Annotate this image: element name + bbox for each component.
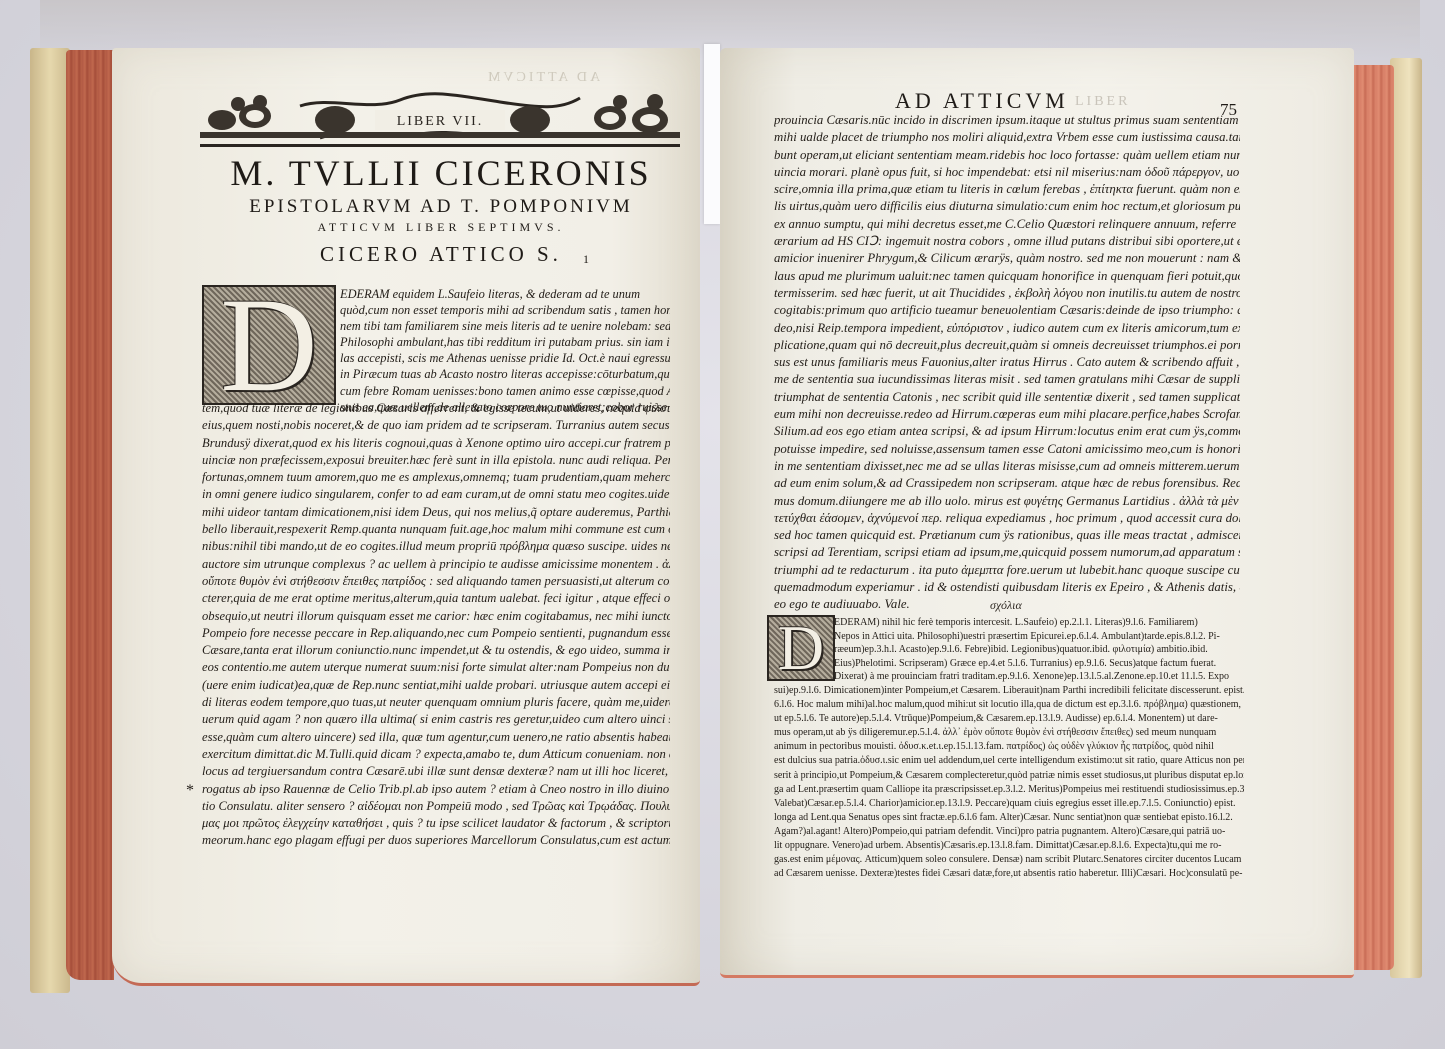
text-line: ga ad Lent.præsertim quam Calliope ita p… (774, 783, 1244, 797)
text-line: Nepos in Attici uita. Philosophi)uestri … (834, 630, 1242, 644)
book-title: M. TVLLII CICERONIS (210, 152, 672, 194)
vellum-cover-left (30, 48, 70, 993)
red-page-edges-left (66, 50, 114, 980)
text-line: in Piræcum tuas ab Acasto nostro literas… (340, 366, 670, 382)
text-line: ad Cæsarem uenisse. Dexteræ)testes fidei… (774, 867, 1244, 881)
text-line: scire,omnia illa prima,quæ etiam tu lite… (774, 181, 1240, 198)
text-line: eius,quem nosti,nobis noceret,& de quo i… (202, 417, 670, 434)
text-line: in me sententiam dixisset,nec me ad se u… (774, 458, 1240, 475)
text-line: ex annuo sumptu, qui mihi decretus esset… (774, 216, 1240, 233)
text-line: mihi ualde placet de triumpho nos moliri… (774, 129, 1240, 146)
book-subtitle-2: ATTICVM LIBER SEPTIMVS. (210, 220, 672, 235)
text-line: uinciæ non præfecissem,exposui breuiter.… (202, 452, 670, 469)
book-subtitle: EPISTOLARVM AD T. POMPONIVM (210, 196, 672, 218)
vellum-cover-right (1390, 58, 1422, 978)
text-line: τετύχθαι ἐάσομεν, ἀχνύμενοί περ. reliqua… (774, 510, 1240, 527)
text-line: mus domum.diiungere me ab illo uolo. mir… (774, 493, 1240, 510)
historiated-initial-d: D (202, 285, 336, 405)
scholia-text-body: sui)ep.9.l.6. Dimicationem)inter Pompeiu… (774, 684, 1244, 881)
text-line: ad eum enim solum,& ad Crassipedem non s… (774, 475, 1240, 492)
margin-asterisk: * (186, 782, 194, 800)
text-line: animum in pectoribus mouisti. ὀδυσ.κ.et.… (774, 740, 1244, 754)
scholia-text-opening: EDERAM) nihil hic ferè temporis interces… (834, 616, 1242, 684)
running-head: AD ATTICVM (895, 88, 1069, 114)
text-line: ærarium ad HS CIↃ: ingemuit nostra cobor… (774, 233, 1240, 250)
text-line: eum mihi non decreuisse.redeo ad Hirrum.… (774, 406, 1240, 423)
text-line: deo,nisi Reip.tempora impedient, εὐπόρισ… (774, 320, 1240, 337)
text-line: obsequio,ut neutri illorum quisquam esse… (202, 608, 670, 625)
text-line: est dulcius sua patria.ὀδυσ.ι.sic enim u… (774, 754, 1244, 768)
scholia-heading: σχόλια (990, 598, 1022, 613)
text-line: 6.l.6. Hoc malum mihi)al.hoc malum,quod … (774, 698, 1244, 712)
text-line: laus apud me plurimum ualuit:nec tamen q… (774, 268, 1240, 285)
text-line: cterer,quia de me erat optime meritus,al… (202, 590, 670, 607)
text-line: quemadmodum experiamur . id & ostendisti… (774, 579, 1240, 596)
letter-salutation: CICERO ATTICO S. (320, 242, 562, 267)
text-line: meorum.hanc ego plagam effugi per duos s… (202, 832, 670, 849)
text-line: sus est unus familiaris meus Fauonius,al… (774, 354, 1240, 371)
text-line: potuisse impedire, sed noluisse,assensum… (774, 441, 1240, 458)
text-line: cogitabis:primum quo artificio tueamur b… (774, 302, 1240, 319)
text-line: rogatus ab ipso Rauennæ de Celio Trib.pl… (202, 781, 670, 798)
text-line: lis uirtus,quàm uero difficilis eius diu… (774, 198, 1240, 215)
red-page-edges-right (1352, 65, 1394, 970)
text-line: bello liberauit,respexerit Remp.quanta n… (202, 521, 670, 538)
text-line: sed hoc tamen quicquid est. Prætianum cu… (774, 527, 1240, 544)
text-line: plicatione,quam qui nō decreuit,plus dec… (774, 337, 1240, 354)
text-line: esse,quàm cum altero uincere) sed illa, … (202, 729, 670, 746)
show-through-text: AD ATTICVM (485, 70, 600, 86)
book-number-label: LIBER VII. (200, 114, 680, 130)
text-line: ut ep.5.l.6. Te autore)ep.5.l.4. Vtrūque… (774, 712, 1244, 726)
text-line: locus ad tergiuersandum contra Cæsarē.ub… (202, 763, 670, 780)
text-line: οὔποτε θυμὸν ἐνὶ στήθεσσιν ἔπειθες πατρί… (202, 573, 670, 590)
text-line: Silium.ad eos ego etiam antea scripsi, &… (774, 423, 1240, 440)
text-line: Dixerat) à me prouinciam fratri traditam… (834, 670, 1242, 684)
text-line: las accepisti, scis me Athenas uenisse p… (340, 350, 670, 366)
text-line: quòd,cum non esset temporis mihi ad scri… (340, 302, 670, 318)
text-line: longa ad Lent.qua Senatus opes sint frac… (774, 811, 1244, 825)
text-line: scripsi ad Terentiam, scripsi etiam ad i… (774, 544, 1240, 561)
text-line: EDERAM) nihil hic ferè temporis interces… (834, 616, 1242, 630)
letter-text-body: tem,quòd tuæ literæ de legionibus Cæsari… (202, 400, 670, 850)
text-line: amicior inuenirer Phrygum,& Cilicum ærar… (774, 250, 1240, 267)
text-line: triumphi ad te redacturum . ita puto ἀμε… (774, 562, 1240, 579)
text-line: fortunas,omnem tuum amorem,quo me es amp… (202, 469, 670, 486)
text-line: prouincia Cæsaris.nūc incido in discrime… (774, 112, 1240, 129)
text-line: ræeum)ep.3.h.l. Acasto)ep.9.l.6. Febre)i… (834, 643, 1242, 657)
text-line: Valebat)Cæsar.ep.5.l.4. Charior)amicior.… (774, 797, 1244, 811)
text-line: tem,quòd tuæ literæ de legionibus Cæsari… (202, 400, 670, 417)
paper-slip-in-gutter (704, 44, 720, 224)
initial-letter: D (778, 616, 824, 680)
initial-letter: D (220, 278, 318, 413)
text-line: Pompeio fore necesse peccare in Rep.aliq… (202, 625, 670, 642)
text-line: gas.est enim μέμονας. Atticum)quem soleo… (774, 853, 1244, 867)
text-line: triumphat de sententia Catonis , nec scr… (774, 389, 1240, 406)
letter-number: 1 (583, 252, 589, 267)
text-line: nem tibi tam familiarem sine meis literi… (340, 318, 670, 334)
text-line: lit oppugnare. Venero)ad urbem. Absentis… (774, 839, 1244, 853)
letter-text-continued: prouincia Cæsaris.nūc incido in discrime… (774, 112, 1240, 614)
text-line: eos contentio.me autem uterque numerat s… (202, 659, 670, 676)
text-line: Agam?)al.agant! Altero)Pompeio,qui patri… (774, 825, 1244, 839)
text-line: serit à principio,ut Pompeium,& Cæsarem … (774, 769, 1244, 783)
text-line: tio Consulatu. aliter sensero ? αἰδέομαι… (202, 798, 670, 815)
text-line: uerum quid agam ? non quæro illa ultima(… (202, 711, 670, 728)
text-line: Brundusÿ dixerat,quod ex his literis cog… (202, 435, 670, 452)
text-line: Eius)Phelotimi. Scripseram) Græce ep.4.e… (834, 657, 1242, 671)
text-line: sui)ep.9.l.6. Dimicationem)inter Pompeiu… (774, 684, 1244, 698)
text-line: cum febre Romam uenisses:bono tamen anim… (340, 383, 670, 399)
text-line: bunt operam,ut eliciant sententiam meam.… (774, 147, 1240, 164)
text-line: EDERAM equidem L.Saufeio literas, & dede… (340, 286, 670, 302)
text-line: μας μοι πρῶτος ἐλεγχείην καταθήσει , qui… (202, 815, 670, 832)
text-line: Philosophi ambulant,has tibi redditum ir… (340, 334, 670, 350)
woodcut-headpiece: LIBER VII. (200, 92, 680, 147)
text-line: in omni genere iudico singularem, confer… (202, 486, 670, 503)
show-through-text: LIBER (1075, 94, 1130, 110)
text-line: exercitum dimittat.dic M.Tulli.quid dica… (202, 746, 670, 763)
text-line: uincia morari. planè opus fuit, si hoc i… (774, 164, 1240, 181)
text-line: (uere enim iudicat)ea,quæ de Rep.nunc se… (202, 677, 670, 694)
text-line: me de sententia sua iucundissimas litera… (774, 371, 1240, 388)
historiated-initial-d-small: D (767, 615, 835, 681)
text-line: auctore sim utrunque complexus ? ac uell… (202, 556, 670, 573)
letter-text-opening: EDERAM equidem L.Saufeio literas, & dede… (340, 286, 670, 415)
text-line: mus operam,ut ab ÿs diligeremur.ep.5.l.4… (774, 726, 1244, 740)
text-line: di literas eodem tempore,quo tuas,ut neu… (202, 694, 670, 711)
text-line: termisserim. sed hæc fuerit, ut ait Thuc… (774, 285, 1240, 302)
text-line: nibus:nihil tibi mando,ut de eo cogites.… (202, 538, 670, 555)
text-line: mihi uideor tantam dimicationem,nisi ide… (202, 504, 670, 521)
text-line: Cæsare,tanta erat illorum coniunctio.nun… (202, 642, 670, 659)
